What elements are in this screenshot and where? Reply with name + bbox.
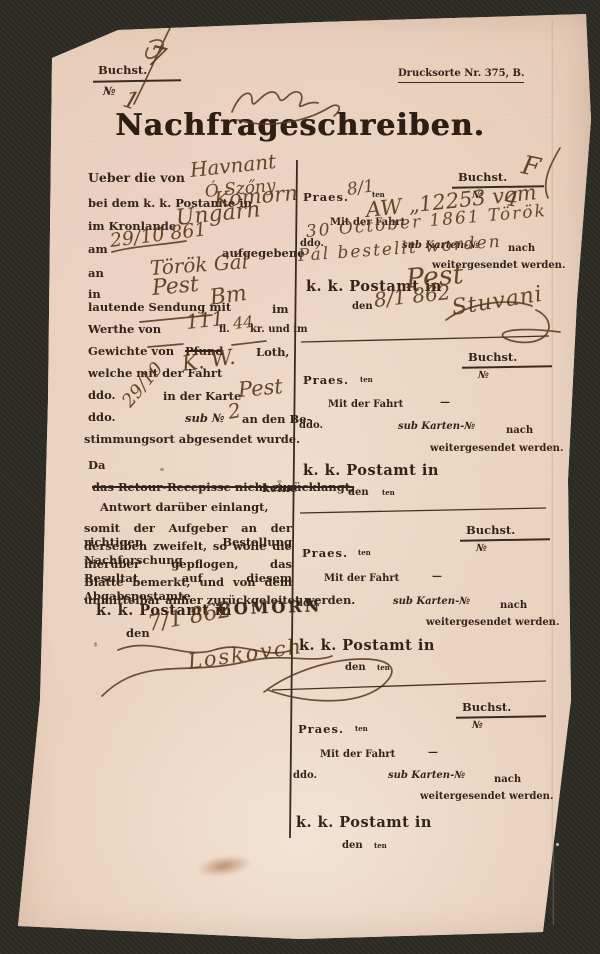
s2-no-label: №	[478, 370, 489, 381]
s2-weiter-label: weitergesendet werden.	[430, 443, 563, 454]
s4-den-label: den	[342, 840, 363, 851]
scanned-postal-document: { "header": { "buchst_label": "Buchst.",…	[0, 0, 600, 954]
line-werthe: Werthe von	[88, 322, 161, 336]
buchst-header-no: №	[103, 84, 116, 98]
paper-speck	[94, 642, 97, 647]
s4-ten2-label: ten	[374, 841, 387, 850]
line-ueber: Ueber die von	[88, 170, 185, 185]
line-bestimmung2: stimmungsort abgesendet wurde.	[84, 432, 300, 446]
line-kr: kr. und im	[250, 324, 308, 335]
line-in: in	[88, 287, 101, 301]
s2-buchst-label: Buchst.	[468, 350, 517, 364]
line-fl: fl.	[219, 324, 230, 335]
hand-destination: Pest	[151, 272, 200, 301]
s3-sub-label: sub Karten-№	[393, 596, 470, 607]
line-ddo2: ddo.	[88, 410, 116, 424]
paper-sheet	[0, 0, 600, 954]
buchst-header-label: Buchst.	[98, 63, 147, 77]
s4-praes-label: Praes.	[298, 722, 344, 736]
s4-ddo-label: ddo.	[293, 770, 317, 781]
line-im: im	[272, 302, 289, 316]
s4-nach-label: nach	[494, 774, 521, 785]
s3-nach-label: nach	[500, 600, 527, 611]
s2-sub-label: sub Karten-№	[398, 421, 475, 432]
s1-den-label: den	[352, 301, 373, 312]
s3-fahrt-label: Mit der Fahrt	[324, 573, 399, 584]
s4-no-label: №	[472, 720, 483, 731]
s3-buchst-label: Buchst.	[466, 523, 515, 537]
s3-postamt-label: k. k. Postamt in	[299, 637, 435, 654]
s4-weiter-label: weitergesendet werden.	[420, 791, 553, 802]
s1-nach-label: nach	[508, 243, 535, 254]
fold-crease-vertical	[551, 20, 554, 925]
left-den-label: den	[126, 626, 150, 640]
line-antwort: Antwort darüber einlangt,	[100, 500, 268, 514]
s4-fahrt-label: Mit der Fahrt	[320, 749, 395, 760]
paper-speck	[160, 468, 164, 471]
line-sub: sub №	[185, 411, 224, 425]
s2-ddo-label: ddo.	[299, 420, 323, 431]
hand-karte: Pest	[237, 374, 284, 402]
s4-fahrt-dash: —	[428, 747, 438, 758]
s3-fahrt-dash: —	[432, 571, 442, 582]
s3-ten2-label: ten	[377, 663, 390, 672]
s3-no-label: №	[476, 543, 487, 554]
line-retour-struck: das Retour-Recepisse nicht zurücklangt,	[92, 480, 354, 494]
line-loth: Loth,	[256, 345, 289, 359]
line-an: an	[88, 266, 104, 280]
document-title: Nachfrageschreiben.	[0, 108, 600, 143]
paper-speck	[556, 843, 559, 846]
line-keine: keine	[262, 481, 297, 495]
line-gewichte: Gewichte von	[88, 344, 174, 358]
s1-buchst-label: Buchst.	[458, 170, 507, 184]
line-ddo1: ddo.	[88, 388, 116, 402]
s4-sub-label: sub Karten-№	[388, 770, 465, 781]
s3-weiter-label: weitergesendet werden.	[426, 617, 559, 628]
s3-ddo-label: ddo.	[296, 598, 320, 609]
line-da: Da	[88, 458, 105, 472]
s2-fahrt-label: Mit der Fahrt	[328, 399, 403, 410]
s3-den-label: den	[345, 662, 366, 673]
line-am: am	[88, 242, 108, 256]
drucksorte-number: Drucksorte Nr. 375, B.	[398, 68, 524, 83]
s2-ten2-label: ten	[382, 488, 395, 497]
s2-fahrt-dash: —	[440, 397, 450, 408]
s1-praes-label: Praes.	[303, 190, 349, 204]
s3-ten-label: ten	[358, 548, 371, 557]
s4-postamt-label: k. k. Postamt in	[296, 814, 432, 831]
s2-den-label: den	[348, 487, 369, 498]
s4-buchst-label: Buchst.	[462, 700, 511, 714]
s2-praes-label: Praes.	[303, 373, 349, 387]
s4-ten-label: ten	[355, 724, 368, 733]
s3-praes-label: Praes.	[302, 546, 348, 560]
s2-postamt-label: k. k. Postamt in	[303, 462, 439, 479]
s2-nach-label: nach	[506, 425, 533, 436]
s2-ten-label: ten	[360, 375, 373, 384]
